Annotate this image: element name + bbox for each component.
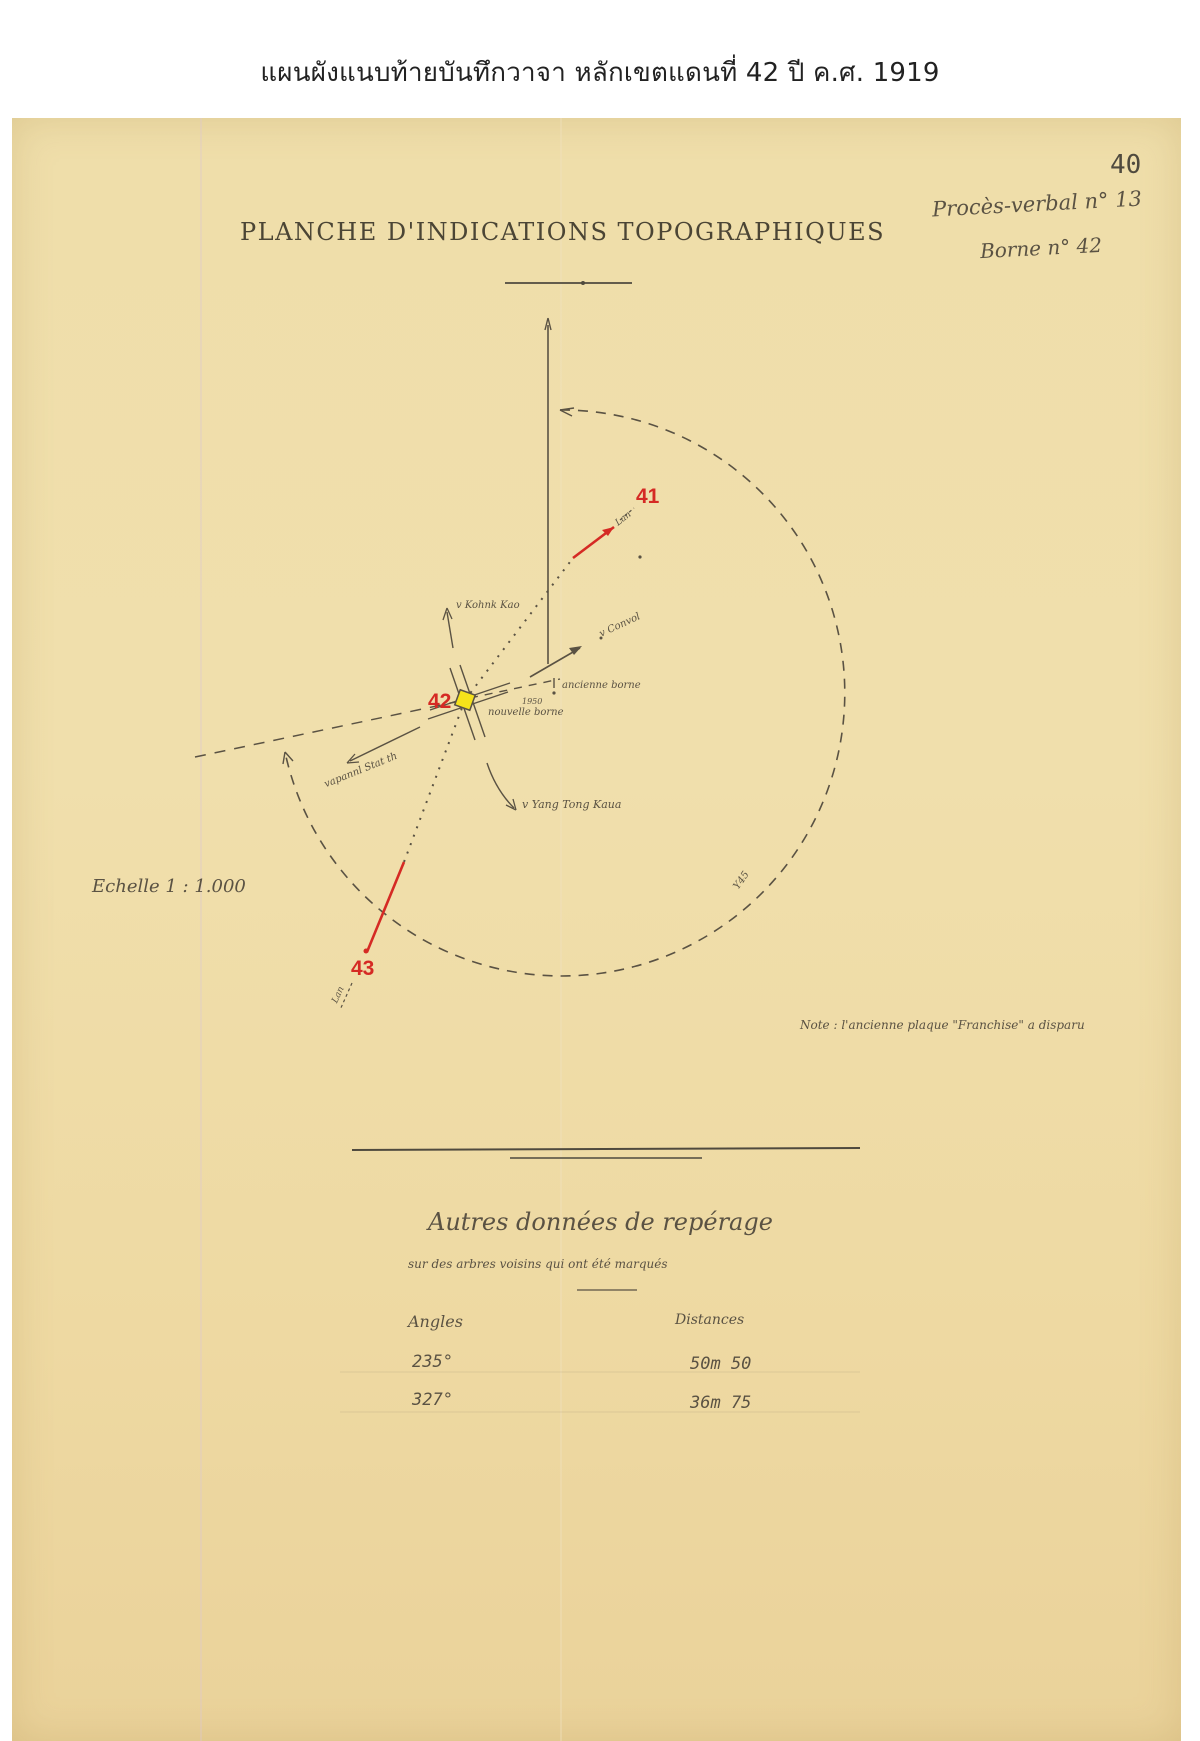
reference-subheading: sur des arbres voisins qui ont été marqu… [408,1257,668,1271]
arrow-icon [347,754,359,763]
annotation-ref-north: v Kohnk Kao [456,600,520,611]
marker-42-label: 42 [428,690,451,714]
boundary-42-43 [404,700,465,862]
column-header-angles: Angles [408,1312,463,1331]
note-text: Note : l'ancienne plaque "Franchise" a d… [800,1018,1085,1032]
marker-41-label: 41 [636,485,659,509]
distance-cell: 36m 75 [690,1393,751,1413]
annotation-ancienne-borne: ancienne borne [562,680,641,691]
angle-cell: 327° [412,1390,453,1410]
red-line-to-43 [367,862,404,952]
angle-arc [285,410,845,976]
reference-heading: Autres données de repérage [428,1208,773,1236]
boundary-42-41 [465,558,573,700]
divider-line [352,1148,860,1150]
distance-cell: 50m 50 [690,1354,751,1374]
scale-label: Echelle 1 : 1.000 [92,876,246,897]
topographic-diagram [0,0,1200,1741]
angle-cell: 235° [412,1352,453,1372]
column-header-distances: Distances [675,1312,744,1328]
annotation-nouvelle-borne: nouvelle borne [488,707,564,718]
annotation-ref-south: v Yang Tong Kaua [522,798,621,811]
boundary-marker-42-icon [455,690,476,711]
boundary-dashed-west [195,700,465,757]
marker-43-label: 43 [351,957,374,981]
annotation-distance: 1950 [522,697,542,706]
